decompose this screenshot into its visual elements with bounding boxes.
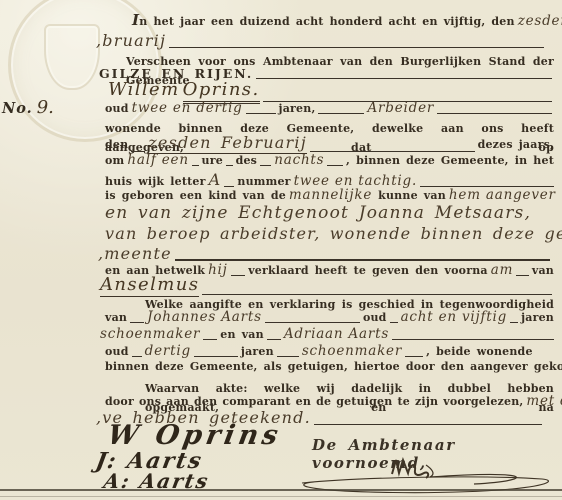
officer-signature — [296, 452, 558, 498]
witness1-line: van Johannes Aarts oud acht en vijftig j… — [105, 309, 554, 325]
mother-line-2: van beroep arbeidster, wonende binnen de… — [105, 224, 554, 243]
declarant-signature: W Oprins — [105, 420, 284, 451]
fill-rule — [265, 322, 360, 323]
declarant-age-line: oud twee en dertig jaren, Arbeider — [105, 100, 552, 116]
witness1-age-value: acht en vijftig — [401, 309, 508, 325]
ure-label: ure — [202, 154, 223, 167]
fill-rule — [175, 259, 550, 261]
en-van-label: en van — [220, 328, 264, 341]
month-line: ,bruarij — [96, 31, 544, 50]
fill-rule — [277, 356, 299, 357]
birth-date-line: den zesden Februarij dezes jaars, — [105, 133, 554, 154]
child-gender-line: is geboren een kind van de mannelijke ku… — [105, 187, 554, 203]
fill-rule — [327, 165, 343, 166]
jaren2-label: jaren — [241, 345, 274, 358]
fill-rule — [392, 339, 554, 340]
gender-value: mannelijke — [289, 187, 372, 203]
den-label: den — [105, 138, 128, 151]
date-day-handwritten: zesden Fe, — [518, 13, 562, 29]
fill-rule — [260, 165, 271, 166]
deed-printed-2: door ons aan den comparant en de getuige… — [105, 395, 523, 408]
within-printed-text: , binnen deze Gemeente, in het — [346, 154, 554, 167]
jaren1-label: jaren — [521, 311, 554, 324]
deed-line-2: door ons aan den comparant en de getuige… — [105, 393, 554, 409]
witness1-name-value: Johannes Aarts — [147, 309, 262, 325]
witness2-age-value: dertig — [145, 343, 191, 359]
fill-rule — [318, 113, 364, 114]
witness2-name-value: Adriaan Aarts — [284, 326, 389, 342]
witness2-age-line: oud dertig jaren schoenmaker , beide won… — [105, 343, 554, 359]
both-residing-printed: , beide wonende — [426, 345, 533, 358]
fill-rule — [203, 339, 217, 340]
born-printed-text: is geboren een kind van de — [105, 189, 286, 202]
fill-rule — [405, 356, 423, 357]
witnesses-residing-printed: binnen deze Gemeente, als getuigen, hier… — [105, 360, 562, 373]
time-of-day-value: nachts — [274, 152, 324, 168]
year-line: In het jaar een duizend acht honderd ach… — [132, 11, 556, 29]
witnesses-residing-line: binnen deze Gemeente, als getuigen, hier… — [105, 360, 554, 373]
declarant-age-value: twee en dertig — [132, 100, 243, 116]
act-number: No. 9. — [2, 97, 54, 118]
fill-rule — [510, 322, 518, 323]
age-label: oud — [105, 102, 129, 115]
fill-rule — [267, 339, 281, 340]
page-bottom-border — [0, 489, 562, 491]
mother-line-1: en van zijne Echtgenoot Joanna Metsaars, — [105, 203, 554, 223]
witness2-line: schoenmaker en van Adriaan Aarts — [100, 326, 554, 342]
mother-occupation-handwritten: van beroep arbeidster, wonende binnen de… — [105, 224, 562, 243]
fill-rule — [192, 165, 199, 166]
oud1-label: oud — [363, 311, 387, 324]
van1-label: van — [105, 311, 127, 324]
of-declarant-value: hem aangever — [449, 187, 556, 203]
fill-rule — [437, 113, 552, 114]
kunne-printed-text: kunne van — [378, 189, 446, 202]
fill-rule — [194, 356, 238, 357]
declarant-occupation-value: Arbeider — [367, 100, 434, 116]
fill-rule — [314, 424, 542, 425]
age-suffix-label: jaren, — [279, 102, 316, 115]
deed-handwritten-2: met dezel, — [526, 393, 562, 409]
fill-rule — [246, 113, 276, 114]
om-label: om — [105, 154, 124, 167]
date-month-handwritten: ,bruarij — [96, 31, 166, 50]
act-number-value: 9. — [37, 97, 54, 118]
witness1-occupation-value: schoenmaker — [100, 326, 200, 342]
fill-rule — [226, 165, 233, 166]
mother-line-3: ,meente — [98, 244, 550, 263]
fill-rule — [169, 47, 544, 48]
year-printed-text: In het jaar een duizend acht honderd ach… — [132, 11, 515, 29]
oud2-label: oud — [105, 345, 129, 358]
birth-hour-value: half een — [127, 152, 188, 168]
birth-time-line: om half een ure des nachts , binnen deze… — [105, 152, 554, 168]
des-label: des — [236, 154, 257, 167]
mother-name-handwritten: en van zijne Echtgenoot Joanna Metsaars, — [105, 203, 531, 223]
fill-rule — [130, 322, 144, 323]
fill-rule — [132, 356, 142, 357]
fill-rule — [390, 322, 398, 323]
page-bottom-border-2 — [0, 496, 562, 497]
year-suffix-label: dezes jaars, — [478, 138, 554, 151]
birth-certificate-page: No. 9. In het jaar een duizend acht hond… — [0, 0, 562, 500]
witness2-occupation-value: schoenmaker — [302, 343, 402, 359]
birth-date-value: zesden Februarij — [148, 133, 307, 154]
declarant-first-name: Willem — [108, 79, 180, 100]
mother-residence-handwritten: ,meente — [98, 244, 172, 263]
act-number-label: No. — [2, 100, 33, 117]
